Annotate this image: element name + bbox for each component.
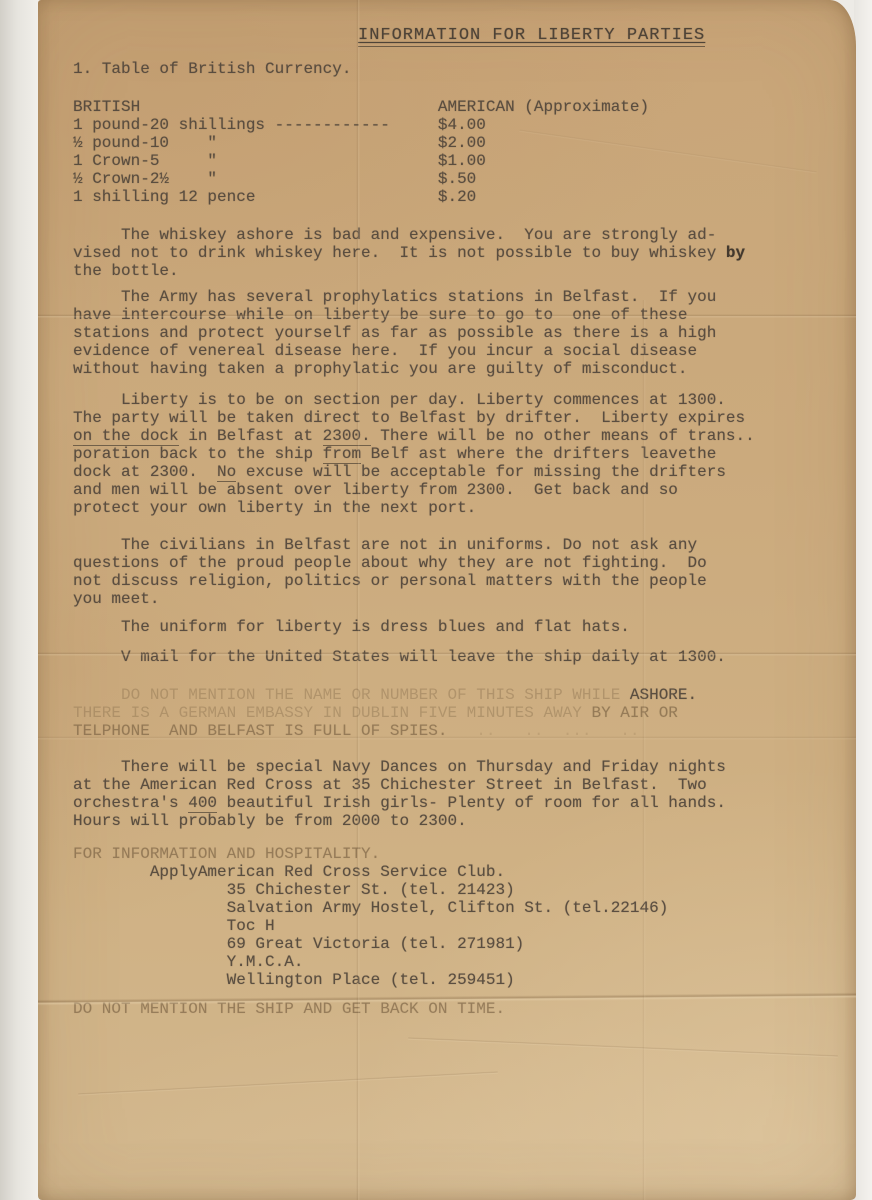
paragraph-uniform: The uniform for liberty is dress blues a… — [73, 618, 630, 636]
paragraph-liberty-schedule: Liberty is to be on section per day. Lib… — [73, 391, 755, 517]
paragraph-civilians: The civilians in Belfast are not in unif… — [73, 536, 707, 608]
paper-crease-horizontal-3 — [38, 736, 856, 740]
table-row: 1 Crown-5 "$1.00 — [73, 152, 649, 170]
table-row: 1 shilling 12 pence$.20 — [73, 188, 649, 206]
paragraph-hospitality-list: FOR INFORMATION AND HOSPITALITY. ApplyAm… — [73, 845, 668, 989]
paragraph-army-prophylactic: The Army has several prophylatics statio… — [73, 288, 716, 378]
currency-heading: 1. Table of British Currency. — [73, 60, 351, 78]
table-row: 1 pound-20 shillings ------------$4.00 — [73, 116, 649, 134]
document-title: INFORMATION FOR LIBERTY PARTIES — [358, 26, 705, 45]
paragraph-whiskey: The whiskey ashore is bad and expensive.… — [73, 226, 745, 280]
paper-crease-diagonal-2 — [408, 1037, 838, 1058]
paper-crease-vertical-2 — [642, 300, 646, 1200]
paragraph-navy-dances: There will be special Navy Dances on Thu… — [73, 758, 726, 830]
table-header-row: BRITISHAMERICAN (Approximate) — [73, 98, 649, 116]
document-page: INFORMATION FOR LIBERTY PARTIES 1. Table… — [38, 0, 856, 1200]
scanner-background-left — [0, 0, 38, 1200]
paper-crease-diagonal-1 — [78, 1071, 498, 1096]
scanner-background-right — [854, 0, 872, 1200]
paragraph-vmail: V mail for the United States will leave … — [73, 648, 726, 666]
paper-crease-vertical-1 — [356, 0, 360, 1200]
table-row: ½ Crown-2½ "$.50 — [73, 170, 649, 188]
document-title-text: INFORMATION FOR LIBERTY PARTIES — [358, 26, 705, 47]
paper-crease-horizontal-1 — [38, 314, 856, 318]
paragraph-security-warning: DO NOT MENTION THE NAME OR NUMBER OF THI… — [73, 686, 697, 740]
currency-table: BRITISHAMERICAN (Approximate)1 pound-20 … — [73, 98, 649, 206]
paper-crease-horizontal-2 — [38, 652, 856, 656]
